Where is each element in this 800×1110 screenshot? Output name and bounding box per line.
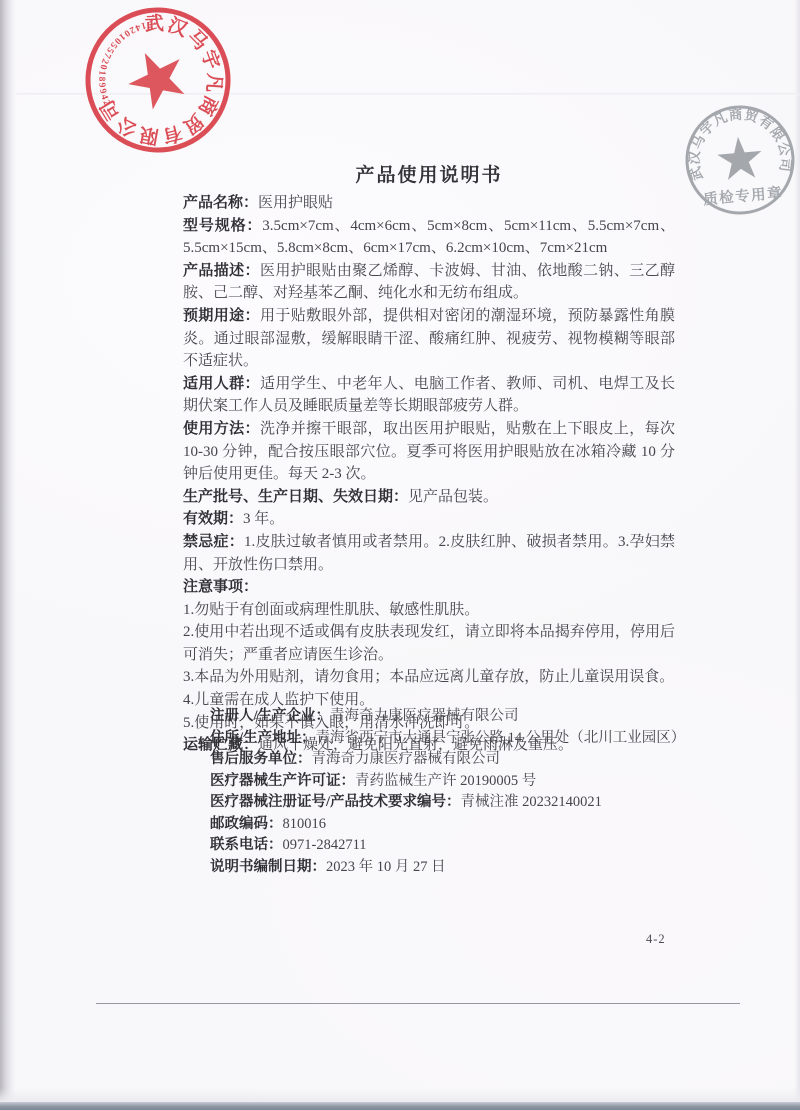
section-usage-method: 使用方法：洗净并擦干眼部，取出医用护眼贴，贴敷在上下眼皮上，每次 10-30 分…: [183, 418, 675, 486]
page-number: 4-2: [646, 932, 666, 947]
seal-caption-text: 质检专用章: [703, 183, 784, 208]
gray-qc-seal: 武汉马宇凡商贸有限公司 质检专用章: [674, 94, 800, 226]
registration-info: 注册人/生产企业：青海奇力康医疗器械有限公司 住所/生产地址：青海省西宁市大通县…: [210, 706, 770, 878]
star-icon: [716, 135, 764, 181]
reg-after-sales: 售后服务单位：青海奇力康医疗器械有限公司: [210, 749, 770, 771]
seal-ring: [70, 0, 246, 168]
reg-phone: 联系电话：0971-2842711: [210, 835, 770, 857]
star-icon: [123, 43, 198, 119]
reg-production-license: 医疗器械生产许可证：青药监械生产许 20190005 号: [210, 771, 770, 793]
section-model-specs: 型号规格：3.5cm×7cm、4cm×6cm、5cm×8cm、5cm×11cm、…: [183, 215, 675, 260]
section-precautions-heading: 注意事项：: [183, 576, 675, 599]
reg-postal-code: 邮政编码：810016: [210, 814, 770, 836]
section-intended-use: 预期用途：用于贴敷眼外部，提供相对密闭的潮湿环境，预防暴露性角膜炎。通过眼部湿敷…: [183, 305, 675, 373]
document-body: 产品名称：医用护眼贴 型号规格：3.5cm×7cm、4cm×6cm、5cm×8c…: [183, 192, 675, 757]
precaution-item-1: 1.勿贴于有创面或病理性肌肤、敏感性肌肤。: [183, 599, 675, 622]
section-contraindications: 禁忌症：1.皮肤过敏者慎用或者禁用。2.皮肤红肿、破损者禁用。3.孕妇禁用、开放…: [183, 531, 675, 576]
section-applicable-people: 适用人群：适用学生、中老年人、电脑工作者、教师、司机、电焊工及长期伏案工作人员及…: [183, 373, 675, 418]
seal-ring: [683, 103, 798, 218]
seal-uscc-text: 914201055720189942: [79, 6, 156, 112]
page-title: 产品使用说明书: [183, 160, 675, 187]
fold-line: [96, 1003, 740, 1004]
reg-compile-date: 说明书编制日期：2023 年 10 月 27 日: [210, 857, 770, 879]
seal-company-text: 武汉马宇凡商贸有限公司: [682, 102, 796, 183]
reg-manufacturer: 注册人/生产企业：青海奇力康医疗器械有限公司: [210, 706, 770, 728]
paper-crease: [16, 93, 800, 95]
scanned-document: 武汉马宇凡商贸有限公司 914201055720189942 武汉马宇凡商贸有限…: [0, 0, 800, 1110]
section-product-name: 产品名称：医用护眼贴: [183, 192, 675, 215]
scan-edge-left: [0, 0, 16, 1110]
scan-edge-bottom: [0, 1102, 800, 1110]
scan-edge-bottom-fade: [0, 1088, 800, 1102]
precaution-item-2: 2.使用中若出现不适或偶有皮肤表现发红，请立即将本品揭弃停用，停用后可消失；严重…: [183, 621, 675, 666]
section-description: 产品描述：医用护眼贴由聚乙烯醇、卡波姆、甘油、依地酸二钠、三乙醇胺、己二醇、对羟…: [183, 260, 675, 305]
red-company-seal: 武汉马宇凡商贸有限公司 914201055720189942: [70, 0, 246, 168]
precaution-item-3: 3.本品为外用贴剂，请勿食用；本品应远离儿童存放，防止儿童误用误食。: [183, 666, 675, 689]
reg-address: 住所/生产地址：青海省西宁市大通县宁张公路 14 公里处（北川工业园区）: [210, 728, 770, 750]
seal-company-text: 武汉马宇凡商贸有限公司: [88, 0, 246, 168]
scan-edge-right: [794, 0, 800, 1110]
reg-registration-cert: 医疗器械注册证号/产品技术要求编号：青械注准 20232140021: [210, 792, 770, 814]
section-shelf-life: 有效期：3 年。: [183, 508, 675, 531]
section-batch-dates: 生产批号、生产日期、失效日期：见产品包装。: [183, 486, 675, 509]
